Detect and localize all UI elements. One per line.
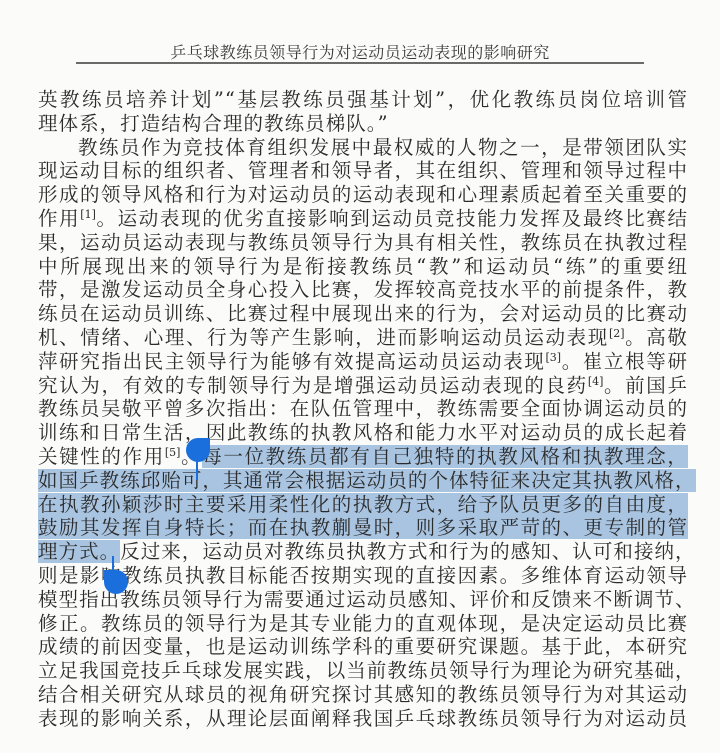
- line-text: 成绩的前因变量，也是运动训练学科的重要研究课题。基于此，本研究: [38, 635, 688, 658]
- text-line[interactable]: 训练和日常生活，因此教练的执教风格和能力水平对运动员的成长起着: [38, 421, 688, 445]
- line-text: 萍研究指出民主领导行为能够有效提高运动员运动表现: [38, 350, 546, 373]
- text-line[interactable]: 立足我国竞技乒乓球发展实践，以当前教练员领导行为理论为研究基础，: [38, 659, 688, 683]
- text-line[interactable]: 现运动目标的组织者、管理者和领导者，其在组织、管理和领导过程中: [38, 159, 688, 183]
- line-text: 。高敬: [625, 326, 688, 349]
- text-line[interactable]: 鼓励其发挥自身特长；而在执教蒯曼时，则多采取严苛的、更专制的管: [38, 516, 688, 540]
- text-line[interactable]: 则是影响教练员执教目标能否按期实现的直接因素。多维体育运动领导: [38, 564, 688, 588]
- text-line[interactable]: 果，运动员运动表现与教练员领导行为具有相关性，教练员在执教过程: [38, 231, 688, 255]
- line-text: 现运动目标的组织者、管理者和领导者，其在组织、管理和领导过程中: [38, 159, 688, 182]
- line-text: 英教练员培养计划”“基层教练员强基计划”，优化教练员岗位培训管: [38, 88, 688, 111]
- line-text: 究认为，有效的专制领导行为是增强运动员运动表现的良药: [38, 374, 588, 397]
- line-text: 教练员吴敬平曾多次指出：在队伍管理中，教练需要全面协调运动员的: [38, 397, 688, 420]
- document-body[interactable]: 英教练员培养计划”“基层教练员强基计划”，优化教练员岗位培训管 理体系，打造结构…: [38, 88, 688, 731]
- line-text: 中所展现出来的领导行为是衔接教练员“教”和运动员“练”的重要纽: [38, 255, 688, 278]
- text-line[interactable]: 究认为，有效的专制领导行为是增强运动员运动表现的良药[4]。前国乒: [38, 374, 688, 398]
- text-line[interactable]: 关键性的作用[5]。每一位教练员都有自己独特的执教风格和执教理念，: [38, 445, 688, 469]
- line-text: 形成的领导风格和行为对运动员的运动表现和心理素质起着至关重要的: [38, 183, 688, 206]
- line-text: 练员在运动员训练、比赛过程中展现出来的行为，会对运动员的比赛动: [38, 302, 688, 325]
- line-text: 。前国乒: [603, 374, 688, 397]
- text-line[interactable]: 带，是激发运动员全身心投入比赛，发挥较高竞技水平的前提条件，教: [38, 278, 688, 302]
- text-line[interactable]: 机、情绪、心理、行为等产生影响，进而影响运动员运动表现[2]。高敬: [38, 326, 688, 350]
- citation-1[interactable]: [1]: [80, 208, 96, 221]
- text-line[interactable]: 教练员作为竞技体育组织发展中最权威的人物之一，是带领团队实: [38, 136, 688, 160]
- text-line[interactable]: 如国乒教练邱贻可，其通常会根据运动员的个体特征来决定其执教风格，: [38, 469, 688, 493]
- line-text: 则是影响教练员执教目标能否按期实现的直接因素。多维体育运动领导: [38, 564, 688, 587]
- line-text: 训练和日常生活，因此教练的执教风格和能力水平对运动员的成长起着: [38, 421, 688, 444]
- selection-end-handle[interactable]: [104, 570, 128, 594]
- selection-start-handle[interactable]: [186, 438, 210, 462]
- line-text: 机、情绪、心理、行为等产生影响，进而影响运动员运动表现: [38, 326, 609, 349]
- line-text: 作用: [38, 207, 80, 230]
- selected-text[interactable]: 鼓励其发挥自身特长；而在执教蒯曼时，则多采取严苛的、更专制的管: [38, 516, 688, 539]
- text-line[interactable]: 理体系，打造结构合理的教练员梯队。”: [38, 112, 688, 136]
- citation-4[interactable]: [4]: [588, 375, 604, 388]
- text-line[interactable]: 中所展现出来的领导行为是衔接教练员“教”和运动员“练”的重要纽: [38, 255, 688, 279]
- citation-5[interactable]: [5]: [165, 446, 181, 459]
- text-line[interactable]: 教练员吴敬平曾多次指出：在队伍管理中，教练需要全面协调运动员的: [38, 397, 688, 421]
- text-line[interactable]: 理方式。反过来，运动员对教练员执教方式和行为的感知、认可和接纳，: [38, 540, 688, 564]
- line-text: 表现的影响关系，从理论层面阐释我国乒乓球教练员领导行为对运动员: [38, 707, 688, 730]
- line-text: 教练员作为竞技体育组织发展中最权威的人物之一，是带领团队实: [78, 136, 688, 159]
- line-text: 带，是激发运动员全身心投入比赛，发挥较高竞技水平的前提条件，教: [38, 278, 688, 301]
- text-line[interactable]: 练员在运动员训练、比赛过程中展现出来的行为，会对运动员的比赛动: [38, 302, 688, 326]
- text-line[interactable]: 表现的影响关系，从理论层面阐释我国乒乓球教练员领导行为对运动员: [38, 707, 688, 731]
- header-rule: [76, 62, 644, 64]
- page-header-title: 乒乓球教练员领导行为对运动员运动表现的影响研究: [0, 40, 720, 63]
- text-line[interactable]: 在执教孙颖莎时主要采用柔性化的执教方式，给予队员更多的自由度，: [38, 493, 688, 517]
- selected-text[interactable]: 在执教孙颖莎时主要采用柔性化的执教方式，给予队员更多的自由度，: [38, 493, 688, 516]
- text-line[interactable]: 形成的领导风格和行为对运动员的运动表现和心理素质起着至关重要的: [38, 183, 688, 207]
- line-text: 果，运动员运动表现与教练员领导行为具有相关性，教练员在执教过程: [38, 231, 688, 254]
- text-line[interactable]: 模型指出教练员领导行为需要通过运动员感知、评价和反馈来不断调节、: [38, 588, 688, 612]
- text-line[interactable]: 萍研究指出民主领导行为能够有效提高运动员运动表现[3]。崔立根等研: [38, 350, 688, 374]
- selected-text[interactable]: 理方式。: [38, 540, 120, 563]
- line-text: 模型指出教练员领导行为需要通过运动员感知、评价和反馈来不断调节、: [38, 588, 696, 611]
- line-text: 结合相关研究从球员的视角研究探讨其感知的教练员领导行为对其运动: [38, 683, 688, 706]
- citation-3[interactable]: [3]: [546, 351, 562, 364]
- line-text: 反过来，运动员对教练员执教方式和行为的感知、认可和接纳，: [120, 540, 695, 563]
- selected-text[interactable]: 每一位教练员都有自己独特的执教风格和执教理念，: [202, 445, 688, 468]
- text-line[interactable]: 英教练员培养计划”“基层教练员强基计划”，优化教练员岗位培训管: [38, 88, 688, 112]
- selected-text[interactable]: 如国乒教练邱贻可，其通常会根据运动员的个体特征来决定其执教风格，: [38, 469, 696, 492]
- text-line[interactable]: 修正。教练员的领导行为是其专业能力的直观体现，是决定运动员比赛: [38, 612, 688, 636]
- line-text: 理体系，打造结构合理的教练员梯队。”: [38, 112, 389, 135]
- line-text: 立足我国竞技乒乓球发展实践，以当前教练员领导行为理论为研究基础，: [38, 659, 696, 682]
- line-text: 。运动表现的优劣直接影响到运动员竞技能力发挥及最终比赛结: [96, 207, 688, 230]
- text-line[interactable]: 作用[1]。运动表现的优劣直接影响到运动员竞技能力发挥及最终比赛结: [38, 207, 688, 231]
- line-text: 关键性的作用: [38, 445, 165, 468]
- text-line[interactable]: 成绩的前因变量，也是运动训练学科的重要研究课题。基于此，本研究: [38, 635, 688, 659]
- text-line[interactable]: 结合相关研究从球员的视角研究探讨其感知的教练员领导行为对其运动: [38, 683, 688, 707]
- line-text: 修正。教练员的领导行为是其专业能力的直观体现，是决定运动员比赛: [38, 612, 688, 635]
- citation-2[interactable]: [2]: [609, 327, 625, 340]
- line-text: 。崔立根等研: [561, 350, 688, 373]
